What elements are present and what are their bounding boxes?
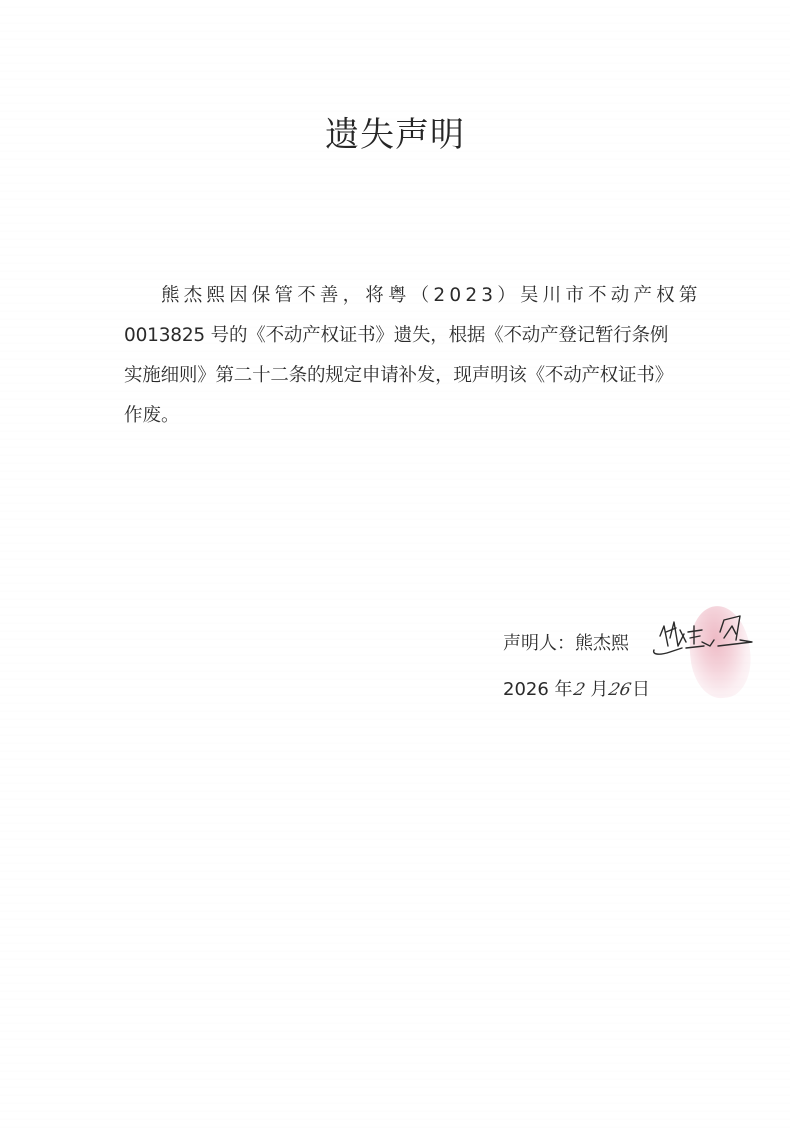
paragraph-line-4: 作废。 xyxy=(124,396,696,436)
date-day-unit: 日 xyxy=(632,679,650,700)
declaration-date: 2026 年2月26日 xyxy=(503,672,650,708)
document-title: 遗失声明 xyxy=(0,110,790,160)
paragraph-line-1: 熊杰熙因保管不善，将粤（2023）吴川市不动产权第 xyxy=(124,276,696,316)
document-page: 遗失声明 熊杰熙因保管不善，将粤（2023）吴川市不动产权第 0013825 号… xyxy=(0,0,790,1134)
declarant-label: 声明人： xyxy=(503,633,575,654)
signature-icon xyxy=(648,612,760,662)
date-day-handwritten: 26 xyxy=(606,672,635,708)
date-month-unit: 月 xyxy=(590,679,608,700)
declarant-row: 声明人：熊杰熙 xyxy=(503,626,629,662)
date-year: 2026 xyxy=(503,679,549,700)
paragraph-line-3: 实施细则》第二十二条的规定申请补发，现声明该《不动产权证书》 xyxy=(124,356,696,396)
date-year-unit: 年 xyxy=(555,679,573,700)
paragraph-line-2: 0013825 号的《不动产权证书》遗失，根据《不动产登记暂行条例 xyxy=(124,316,696,356)
declaration-paragraph: 熊杰熙因保管不善，将粤（2023）吴川市不动产权第 0013825 号的《不动产… xyxy=(124,276,696,436)
declarant-name: 熊杰熙 xyxy=(575,633,629,654)
